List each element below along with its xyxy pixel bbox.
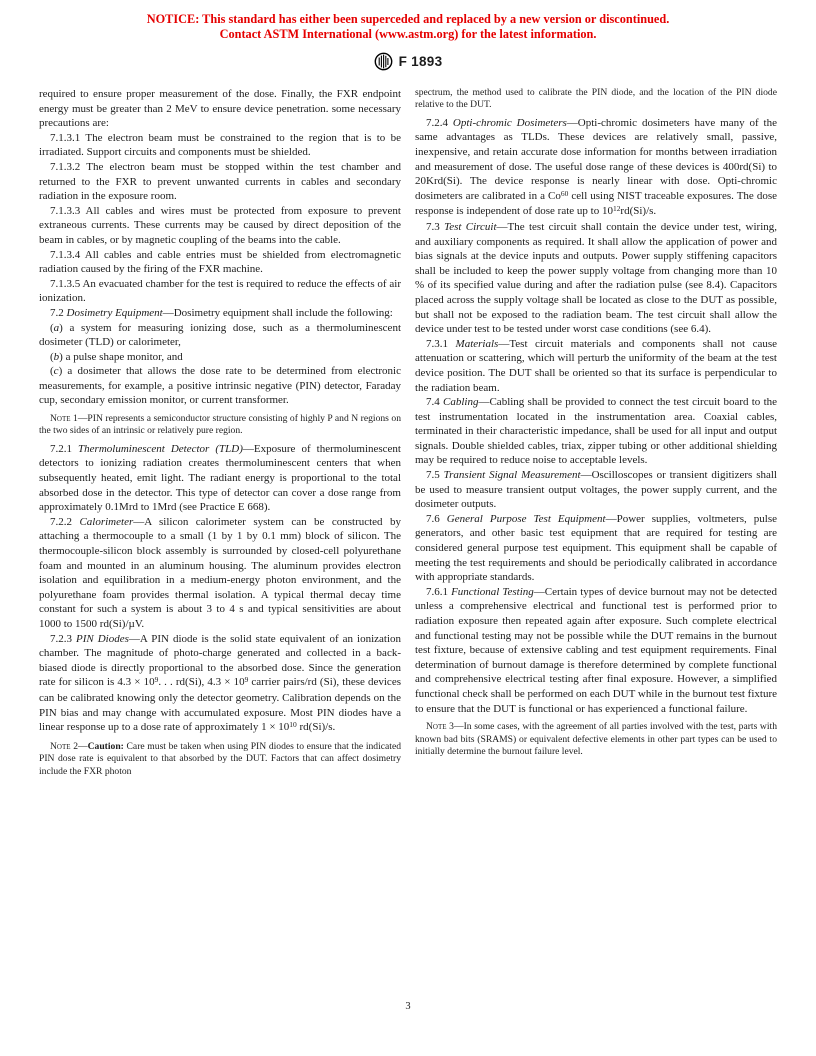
paragraph: (a) a system for measuring ionizing dose… [39, 321, 401, 350]
paragraph: 7.1.3.5 An evacuated chamber for the tes… [39, 277, 401, 306]
paragraph: 7.1.3.3 All cables and wires must be pro… [39, 204, 401, 248]
paragraph: Note 1—PIN represents a semiconductor st… [39, 413, 401, 438]
paragraph: 7.2.1 Thermoluminescent Detector (TLD)—E… [39, 442, 401, 515]
paragraph: 7.6 General Purpose Test Equipment—Power… [415, 512, 777, 585]
right-column: spectrum, the method used to calibrate t… [415, 87, 777, 782]
paragraph: required to ensure proper measurement of… [39, 87, 401, 131]
paragraph: spectrum, the method used to calibrate t… [415, 87, 777, 112]
document-page: NOTICE: This standard has either been su… [0, 0, 816, 1056]
notice-line-2: Contact ASTM International (www.astm.org… [0, 27, 816, 42]
paragraph: 7.2 Dosimetry Equipment—Dosimetry equipm… [39, 306, 401, 321]
paragraph: 7.2.4 Opti-chromic Dosimeters—Opti-chrom… [415, 116, 777, 220]
paragraph: 7.5 Transient Signal Measurement—Oscillo… [415, 468, 777, 512]
paragraph: (c) a dosimeter that allows the dose rat… [39, 364, 401, 408]
paragraph: 7.1.3.2 The electron beam must be stoppe… [39, 160, 401, 204]
paragraph: 7.1.3.1 The electron beam must be constr… [39, 131, 401, 160]
left-column: required to ensure proper measurement of… [39, 87, 401, 782]
paragraph: (b) a pulse shape monitor, and [39, 350, 401, 365]
page-body: required to ensure proper measurement of… [0, 87, 816, 782]
paragraph: 7.4 Cabling—Cabling shall be provided to… [415, 395, 777, 468]
paragraph: 7.2.2 Calorimeter—A silicon calorimeter … [39, 515, 401, 632]
paragraph: 7.1.3.4 All cables and cable entries mus… [39, 248, 401, 277]
document-header: F 1893 [0, 52, 816, 71]
paragraph: 7.2.3 PIN Diodes—A PIN diode is the soli… [39, 632, 401, 736]
paragraph: 7.3 Test Circuit—The test circuit shall … [415, 220, 777, 337]
doc-number: F 1893 [399, 54, 443, 69]
paragraph: Note 2—Caution: Care must be taken when … [39, 741, 401, 778]
notice-banner: NOTICE: This standard has either been su… [0, 12, 816, 42]
page-number: 3 [0, 1001, 816, 1012]
paragraph: Note 3—In some cases, with the agreement… [415, 721, 777, 758]
astm-logo-icon [374, 52, 393, 71]
paragraph: 7.3.1 Materials—Test circuit materials a… [415, 337, 777, 395]
notice-line-1: NOTICE: This standard has either been su… [0, 12, 816, 27]
paragraph: 7.6.1 Functional Testing—Certain types o… [415, 585, 777, 716]
